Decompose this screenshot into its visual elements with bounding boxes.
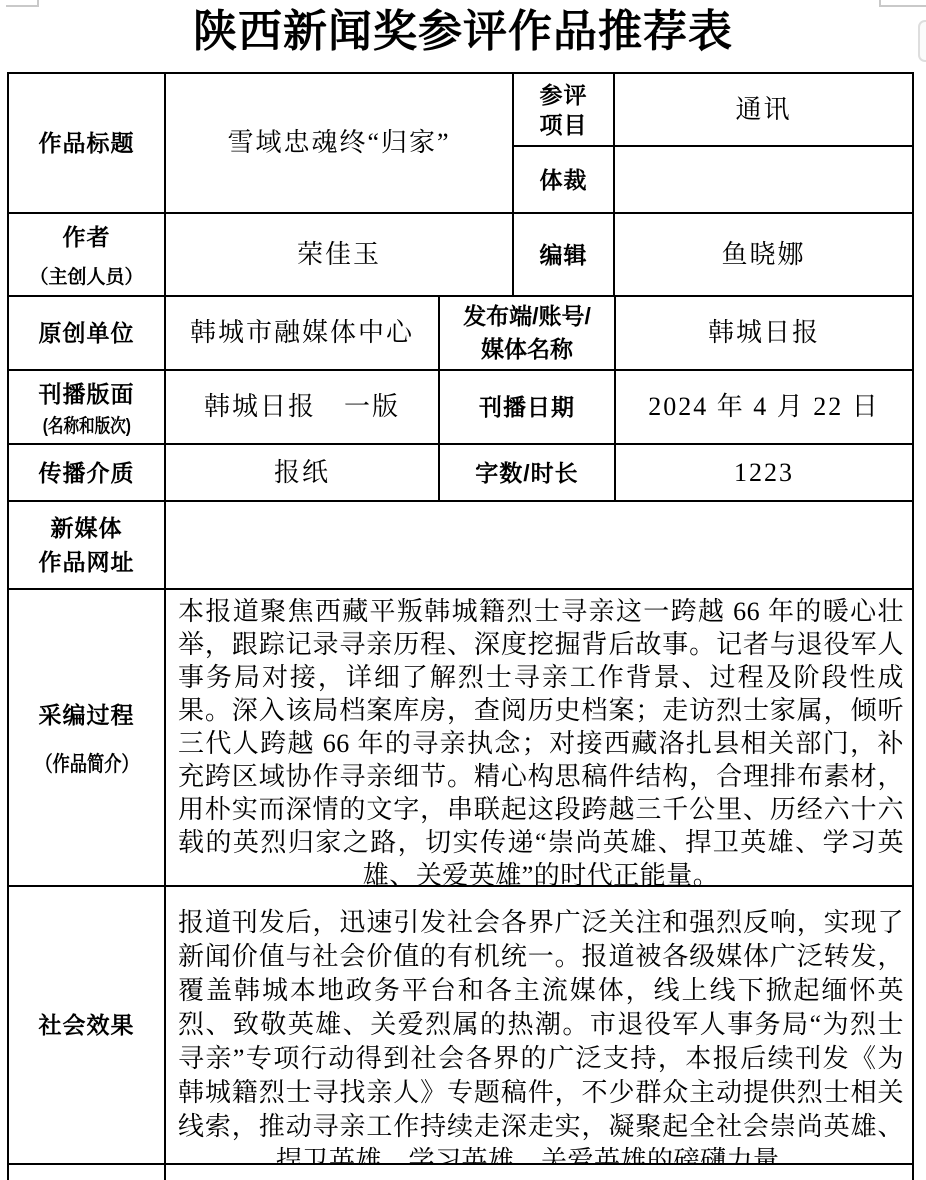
row-process: 采编过程 （作品简介） 本报道聚焦西藏平叛韩城籍烈士寻亲这一跨越 66 年的暖心… — [9, 588, 912, 885]
publish-date-value-cell: 2024 年 4 月 22 日 — [614, 371, 912, 443]
effect-label: 社会效果 — [39, 1008, 135, 1042]
publish-channel-label-cell: 发布端/账号/ 媒体名称 — [438, 297, 614, 369]
publish-page-label-cell: 刊播版面 (名称和版次) — [9, 371, 164, 443]
length-label: 字数/时长 — [475, 456, 578, 490]
row-author: 作者 （主创人员） 荣佳玉 编辑 鱼晓娜 — [9, 212, 912, 295]
work-title-value: 雪域忠魂终“归家” — [227, 127, 450, 159]
editor-value: 鱼晓娜 — [721, 239, 805, 271]
publish-channel-value-cell: 韩城日报 — [614, 297, 912, 369]
effect-label-cell: 社会效果 — [9, 887, 164, 1163]
author-value: 荣佳玉 — [297, 239, 381, 271]
author-value-cell: 荣佳玉 — [164, 214, 512, 295]
editor-label-cell: 编辑 — [512, 214, 613, 295]
row-truncated — [9, 1163, 912, 1180]
row-publish-page: 刊播版面 (名称和版次) 韩城日报 一版 刊播日期 2024 年 4 月 22 … — [9, 369, 912, 443]
row-work-title: 作品标题 雪域忠魂终“归家” 参评 项目 体裁 通讯 — [9, 74, 912, 212]
publish-channel-label: 发布端/账号/ 媒体名称 — [463, 300, 591, 366]
process-value-cell: 本报道聚焦西藏平叛韩城籍烈士寻亲这一跨越 66 年的暖心壮举，跟踪记录寻亲历程、… — [164, 590, 912, 885]
row-new-media-url: 新媒体 作品网址 — [9, 500, 912, 588]
editor-value-cell: 鱼晓娜 — [613, 214, 912, 295]
publish-page-sublabel: (名称和版次) — [42, 411, 130, 438]
new-media-url-value-cell — [164, 502, 912, 588]
effect-text: 报道刊发后，迅速引发社会各界广泛关注和强烈反响，实现了新闻价值与社会价值的有机统… — [178, 906, 904, 1163]
entry-item-label-cell: 参评 项目 — [514, 74, 613, 145]
origin-unit-value: 韩城市融媒体中心 — [190, 317, 414, 349]
entry-item-value-cell: 通讯 — [615, 74, 912, 145]
medium-value: 报纸 — [274, 457, 330, 489]
editor-label: 编辑 — [540, 238, 588, 272]
author-label: 作者 — [63, 220, 111, 254]
row-origin-unit: 原创单位 韩城市融媒体中心 发布端/账号/ 媒体名称 韩城日报 — [9, 295, 912, 369]
work-title-label: 作品标题 — [39, 126, 135, 160]
publish-date-value: 2024 年 4 月 22 日 — [648, 391, 880, 423]
work-title-label-cell: 作品标题 — [9, 74, 164, 212]
publish-page-label: 刊播版面 — [39, 377, 135, 411]
publish-date-label-cell: 刊播日期 — [438, 371, 614, 443]
entry-item-label: 参评 项目 — [540, 80, 588, 140]
document-page: { "title": "陕西新闻奖参评作品推荐表", "table": { "w… — [0, 0, 926, 1180]
genre-label: 体裁 — [540, 163, 588, 197]
length-label-cell: 字数/时长 — [438, 445, 614, 500]
origin-unit-label: 原创单位 — [39, 316, 135, 350]
process-text: 本报道聚焦西藏平叛韩城籍烈士寻亲这一跨越 66 年的暖心壮举，跟踪记录寻亲历程、… — [178, 595, 904, 885]
length-value: 1223 — [734, 457, 794, 489]
entry-item-genre-label-column: 参评 项目 体裁 — [512, 74, 613, 212]
work-title-value-cell: 雪域忠魂终“归家” — [164, 74, 512, 212]
effect-value-cell: 报道刊发后，迅速引发社会各界广泛关注和强烈反响，实现了新闻价值与社会价值的有机统… — [164, 887, 912, 1163]
entry-item-value: 通讯 — [735, 94, 791, 126]
medium-label: 传播介质 — [39, 456, 135, 490]
recommendation-form-table: 作品标题 雪域忠魂终“归家” 参评 项目 体裁 通讯 作者 （主创人员） — [7, 72, 914, 1180]
truncated-value-cell — [164, 1165, 912, 1180]
process-sublabel: （作品简介） — [35, 748, 138, 778]
page-title: 陕西新闻奖参评作品推荐表 — [0, 2, 926, 62]
entry-item-genre-value-column: 通讯 — [613, 74, 912, 212]
origin-unit-label-cell: 原创单位 — [9, 297, 164, 369]
medium-value-cell: 报纸 — [164, 445, 438, 500]
truncated-label-cell — [9, 1165, 164, 1180]
medium-label-cell: 传播介质 — [9, 445, 164, 500]
origin-unit-value-cell: 韩城市融媒体中心 — [164, 297, 438, 369]
publish-date-label: 刊播日期 — [479, 390, 575, 424]
author-sublabel: （主创人员） — [29, 262, 143, 289]
publish-page-value-cell: 韩城日报 一版 — [164, 371, 438, 443]
publish-channel-value: 韩城日报 — [708, 317, 820, 349]
genre-value-cell — [615, 145, 912, 212]
genre-label-cell: 体裁 — [514, 145, 613, 212]
new-media-url-label: 新媒体 作品网址 — [39, 511, 135, 579]
length-value-cell: 1223 — [614, 445, 912, 500]
process-label: 采编过程 — [39, 698, 135, 732]
row-medium: 传播介质 报纸 字数/时长 1223 — [9, 443, 912, 500]
author-label-cell: 作者 （主创人员） — [9, 214, 164, 295]
row-effect: 社会效果 报道刊发后，迅速引发社会各界广泛关注和强烈反响，实现了新闻价值与社会价… — [9, 885, 912, 1163]
new-media-url-label-cell: 新媒体 作品网址 — [9, 502, 164, 588]
publish-page-value: 韩城日报 一版 — [204, 391, 400, 423]
process-label-cell: 采编过程 （作品简介） — [9, 590, 164, 885]
